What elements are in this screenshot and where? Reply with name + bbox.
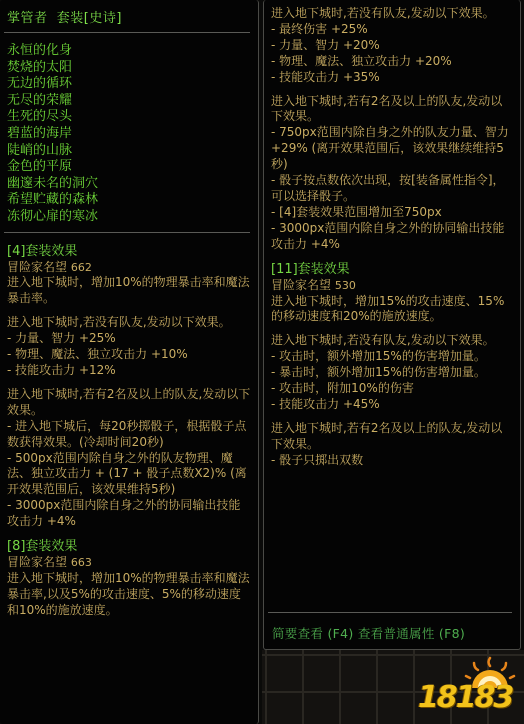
party-effect-line: - 3000px范围内除自身之外的协同输出技能攻击力 +4% bbox=[271, 221, 514, 253]
set11-main-effect: 进入地下城时，增加15%的攻击速度、15%的移动速度和20%的施放速度。 bbox=[271, 294, 514, 326]
set-item: 碧蓝的海岸 bbox=[7, 126, 258, 143]
set-item: 陡峭的山脉 bbox=[7, 143, 258, 160]
set4-title: [4]套装效果 bbox=[7, 243, 252, 260]
set-item: 希望贮藏的森林 bbox=[7, 192, 258, 209]
set-item: 冻彻心扉的寒冰 bbox=[7, 209, 258, 226]
solo-effect-line: - 力量、智力 +20% bbox=[271, 38, 514, 54]
set-item: 无边的循环 bbox=[7, 76, 258, 93]
set8-main-effect: 进入地下城时，增加10%的物理暴击率和魔法暴击率,以及5%的攻击速度、5%的移动… bbox=[7, 571, 252, 619]
party-condition: 进入地下城时,若有2名及以上的队友,发动以下效果。 bbox=[271, 94, 514, 126]
solo-effect-line: - 最终伤害 +25% bbox=[271, 22, 514, 38]
tooltip-footer: 简要查看 (F4) 查看普通属性 (F8) bbox=[272, 624, 465, 642]
party-effect-line: - 骰子只掷出双数 bbox=[271, 453, 514, 469]
fame-label: 冒险家名望 bbox=[7, 260, 67, 274]
party-effect-line: - 进入地下城后，每20秒掷骰子，根据骰子点数获得效果。(冷却时间20秒) bbox=[7, 419, 252, 451]
watermark-text: 18183 bbox=[418, 680, 512, 715]
fame-label: 冒险家名望 bbox=[271, 278, 331, 292]
set-item: 焚烧的太阳 bbox=[7, 60, 258, 77]
party-effect-line: - [4]套装效果范围增加至750px bbox=[271, 205, 514, 221]
set-item: 金色的平原 bbox=[7, 159, 258, 176]
set-title: 掌管者 套装[史诗] bbox=[0, 0, 258, 32]
fame-row: 冒险家名望 530 bbox=[271, 278, 514, 294]
set-item: 生死的尽头 bbox=[7, 109, 258, 126]
solo-condition: 进入地下城时,若没有队友,发动以下效果。 bbox=[271, 6, 514, 22]
solo-effect-line: - 暴击时，额外增加15%的伤害增加量。 bbox=[271, 365, 514, 381]
watermark-logo: 18183 bbox=[418, 656, 518, 722]
set11-title: [11]套装效果 bbox=[271, 261, 514, 278]
solo-effect-line: - 物理、魔法、独立攻击力 +20% bbox=[271, 54, 514, 70]
party-condition: 进入地下城时,若有2名及以上的队友,发动以下效果。 bbox=[271, 421, 514, 453]
normal-attributes-link[interactable]: 查看普通属性 (F8) bbox=[358, 626, 465, 641]
set-tooltip-left-panel: 掌管者 套装[史诗] 永恒的化身 焚烧的太阳 无边的循环 无尽的荣耀 生死的尽头… bbox=[0, 0, 259, 724]
solo-condition: 进入地下城时,若没有队友,发动以下效果。 bbox=[7, 315, 252, 331]
fame-value: 663 bbox=[71, 556, 92, 569]
party-condition: 进入地下城时,若有2名及以上的队友,发动以下效果。 bbox=[7, 387, 252, 419]
party-effect-line: - 骰子按点数依次出现，按[装备属性指令]，可以选择骰子。 bbox=[271, 173, 514, 205]
party-effect-line: - 500px范围内除自身之外的队友物理、魔法、独立攻击力 + (17 + 骰子… bbox=[7, 451, 252, 499]
solo-effect-line: - 技能攻击力 +35% bbox=[271, 70, 514, 86]
fame-row: 冒险家名望 662 bbox=[7, 260, 252, 276]
solo-effect-line: - 技能攻击力 +45% bbox=[271, 397, 514, 413]
fame-label: 冒险家名望 bbox=[7, 555, 67, 569]
brief-view-link[interactable]: 简要查看 (F4) bbox=[272, 626, 354, 641]
set8-title: [8]套装效果 bbox=[7, 538, 252, 555]
set-item-list: 永恒的化身 焚烧的太阳 无边的循环 无尽的荣耀 生死的尽头 碧蓝的海岸 陡峭的山… bbox=[0, 33, 258, 232]
fame-value: 530 bbox=[335, 279, 356, 292]
fame-value: 662 bbox=[71, 261, 92, 274]
solo-effect-line: - 技能攻击力 +12% bbox=[7, 363, 252, 379]
solo-effect-line: - 攻击时，附加10%的伤害 bbox=[271, 381, 514, 397]
set4-main-effect: 进入地下城时，增加10%的物理暴击率和魔法暴击率。 bbox=[7, 275, 252, 307]
set4-effect-section: [4]套装效果 冒险家名望 662 进入地下城时，增加10%的物理暴击率和魔法暴… bbox=[0, 233, 258, 619]
set8-continued-section: 进入地下城时,若没有队友,发动以下效果。 - 最终伤害 +25% - 力量、智力… bbox=[264, 0, 520, 469]
footer-divider bbox=[268, 612, 512, 613]
party-effect-line: - 750px范围内除自身之外的队友力量、智力 +29% (离开效果范围后，该效… bbox=[271, 125, 514, 173]
solo-condition: 进入地下城时,若没有队友,发动以下效果。 bbox=[271, 333, 514, 349]
equipment-tooltip-screen: 掌管者 套装[史诗] 永恒的化身 焚烧的太阳 无边的循环 无尽的荣耀 生死的尽头… bbox=[0, 0, 524, 724]
set-tooltip-right-panel: 进入地下城时,若没有队友,发动以下效果。 - 最终伤害 +25% - 力量、智力… bbox=[263, 0, 521, 650]
set-item: 无尽的荣耀 bbox=[7, 93, 258, 110]
solo-effect-line: - 力量、智力 +25% bbox=[7, 331, 252, 347]
solo-effect-line: - 攻击时，额外增加15%的伤害增加量。 bbox=[271, 349, 514, 365]
party-effect-line: - 3000px范围内除自身之外的协同输出技能攻击力 +4% bbox=[7, 498, 252, 530]
set-item: 幽邃未名的洞穴 bbox=[7, 176, 258, 193]
fame-row: 冒险家名望 663 bbox=[7, 555, 252, 571]
set-item: 永恒的化身 bbox=[7, 43, 258, 60]
solo-effect-line: - 物理、魔法、独立攻击力 +10% bbox=[7, 347, 252, 363]
